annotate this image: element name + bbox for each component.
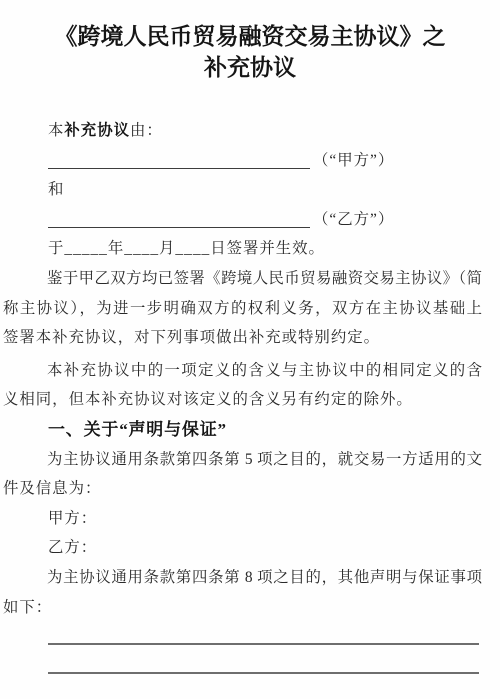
whereas-paragraph: 鉴于甲乙双方均已签署《跨境人民币贸易融资交易主协议》（简 称主协议），为进一步明… [3, 264, 482, 353]
party-a-field: 甲方： [3, 504, 482, 534]
title-line-2: 补充协议 [0, 52, 500, 83]
clause-8-line-2: 如下： [3, 593, 482, 623]
blank-fill-rule-2 [48, 672, 479, 674]
clause-5-line-1: 为主协议通用条款第四条第 5 项之目的，就交易一方适用的文 [3, 445, 482, 475]
party-a-label: （“甲方”） [313, 152, 394, 169]
party-a-blank-underline [48, 154, 310, 169]
definitions-line-1: 本补充协议中的一项定义的含义与主协议中的相同定义的含 [3, 356, 482, 386]
party-b-field: 乙方： [3, 533, 482, 563]
lead-text-bold: 补充协议 [64, 122, 130, 139]
signing-date-line: 于_____年____月____日签署并生效。 [3, 234, 482, 264]
lead-line: 本补充协议由： [3, 116, 482, 146]
conjunction-line: 和 [3, 175, 482, 205]
definitions-line-2: 义相同，但本补充协议对该定义的含义另有约定的除外。 [3, 385, 482, 415]
document-body: 本补充协议由： （“甲方”） 和 （“乙方”） 于_____年____月____… [0, 116, 500, 674]
section-one-heading: 一、关于“声明与保证” [3, 415, 482, 445]
whereas-line-2: 称主协议），为进一步明确双方的权利义务，双方在主协议基础上 [3, 294, 482, 324]
definitions-paragraph: 本补充协议中的一项定义的含义与主协议中的相同定义的含 义相同，但本补充协议对该定… [3, 356, 482, 415]
whereas-line-1: 鉴于甲乙双方均已签署《跨境人民币贸易融资交易主协议》（简 [3, 264, 482, 294]
party-b-label: （“乙方”） [313, 211, 394, 228]
lead-text-regular: 本 [48, 122, 64, 139]
blank-fill-rule-1 [48, 643, 479, 645]
clause-8-line-1: 为主协议通用条款第四条第 8 项之目的，其他声明与保证事项 [3, 563, 482, 593]
party-a-line: （“甲方”） [3, 146, 482, 176]
clause-5-paragraph: 为主协议通用条款第四条第 5 项之目的，就交易一方适用的文 件及信息为： [3, 445, 482, 504]
document-title: 《跨境人民币贸易融资交易主协议》之 补充协议 [0, 0, 500, 83]
clause-8-paragraph: 为主协议通用条款第四条第 8 项之目的，其他声明与保证事项 如下： [3, 563, 482, 622]
document-page: 《跨境人民币贸易融资交易主协议》之 补充协议 本补充协议由： （“甲方”） 和 … [0, 0, 500, 699]
party-b-blank-underline [48, 213, 310, 228]
title-line-1: 《跨境人民币贸易融资交易主协议》之 [0, 21, 500, 52]
lead-text-tail: 由： [130, 122, 163, 139]
whereas-line-3: 签署本补充协议，对下列事项做出补充或特别约定。 [3, 323, 482, 353]
clause-5-line-2: 件及信息为： [3, 474, 482, 504]
party-b-line: （“乙方”） [3, 205, 482, 235]
